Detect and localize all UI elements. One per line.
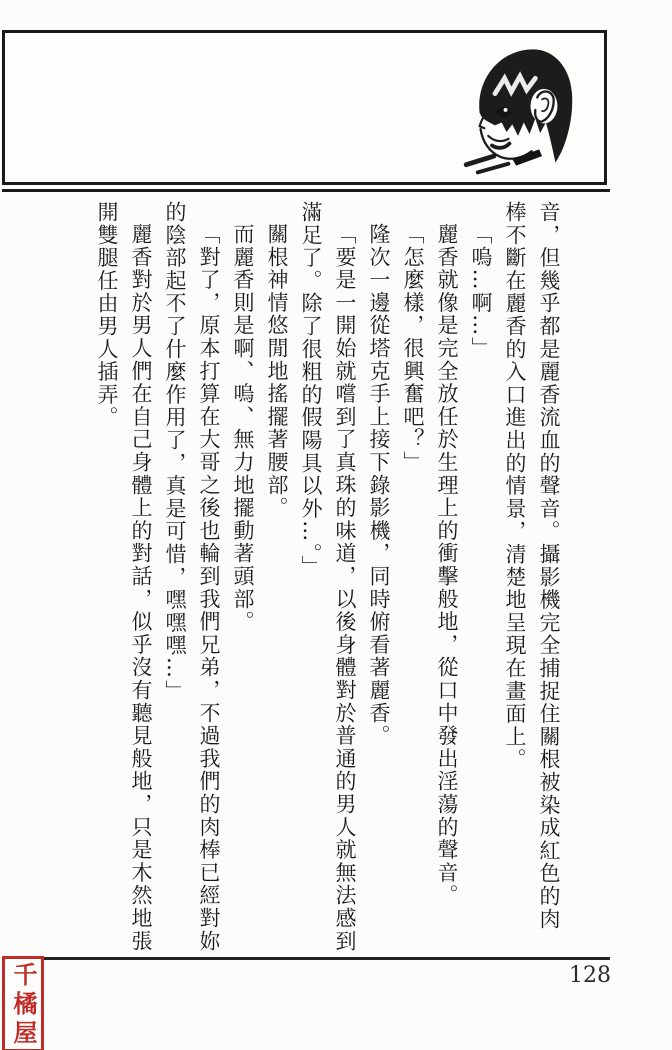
paragraph: 「要是一開始就嚐到了真珠的味道，以後身體對於普通的男人就無法感到滿足了。除了很粗… [294, 201, 362, 953]
character-face-illustration [448, 36, 590, 182]
page-number: 128 [558, 963, 622, 988]
paragraph: 麗香就像是完全放任於生理上的衝擊般地，從口中發出淫蕩的聲音。 [430, 201, 464, 953]
paragraph: 音，但幾乎都是麗香流血的聲音。攝影機完全捕捉住關根被染成紅色的肉棒不斷在麗香的入… [498, 201, 566, 953]
paragraph: 「對了，原本打算在大哥之後也輪到我們兄弟，不過我們的肉棒已經對妳的陰部起不了什麼… [158, 201, 226, 953]
footer-rule [6, 957, 610, 960]
body-text: 音，但幾乎都是麗香流血的聲音。攝影機完全捕捉住關根被染成紅色的肉棒不斷在麗香的入… [90, 201, 566, 953]
paragraph: 而麗香則是啊、嗚、無力地擺動著頭部。 [226, 201, 260, 953]
frame-double-rule [2, 189, 610, 192]
illustration-frame [2, 30, 607, 185]
paragraph: 「怎麼樣，很興奮吧？」 [396, 201, 430, 953]
novel-page: 音，但幾乎都是麗香流血的聲音。攝影機完全捕捉住關根被染成紅色的肉棒不斷在麗香的入… [0, 0, 672, 1050]
paragraph: 麗香對於男人們在自己身體上的對話，似乎沒有聽見般地，只是木然地張開雙腿任由男人插… [90, 201, 158, 953]
publisher-seal: 千橘屋 [2, 956, 44, 1050]
paragraph: 「嗚…啊…」 [464, 201, 498, 953]
paragraph: 關根神情悠閒地搖擺著腰部。 [260, 201, 294, 953]
paragraph: 隆次一邊從塔克手上接下錄影機，同時俯看著麗香。 [362, 201, 396, 953]
